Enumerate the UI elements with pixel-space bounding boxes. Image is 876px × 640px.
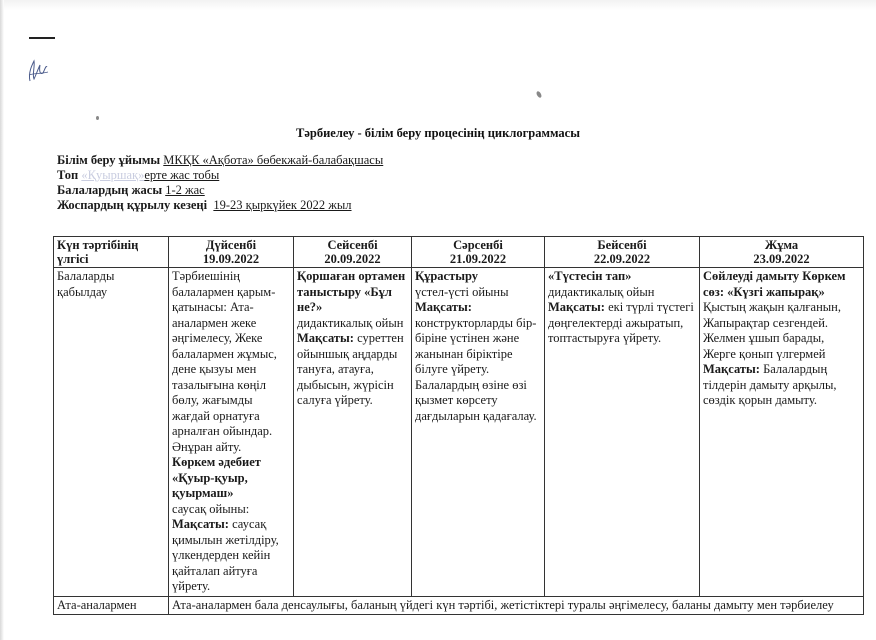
header-thursday: Бейсенбі 22.09.2022 — [545, 237, 700, 268]
cell-tuesday: Қоршаған ортамен таныстыру «Бұл не?» дид… — [294, 268, 412, 597]
meta-label: Білім беру ұйымы — [57, 153, 160, 167]
meta-period: Жоспардың құрылу кезеңі 19-23 қыркүйек 2… — [57, 198, 383, 213]
row-label-parents: Ата-аналармен — [54, 596, 169, 615]
scan-speck — [96, 116, 99, 120]
header-wednesday: Сәрсенбі 21.09.2022 — [412, 237, 545, 268]
scan-speck — [536, 90, 543, 98]
document-title: Тәрбиелеу - білім беру процесінің циклог… — [0, 126, 876, 141]
cell-wednesday: Құрастыру үстел-үсті ойыны Мақсаты: конс… — [412, 268, 545, 597]
header-schedule: Күн тәртібінің үлгісі — [54, 237, 169, 268]
scan-edge-left — [0, 0, 4, 640]
table-row: Балаларды қабылдау Тәрбиешінің балаларме… — [54, 268, 864, 597]
meta-value: 1-2 жас — [165, 183, 205, 197]
row-label-reception: Балаларды қабылдау — [54, 268, 169, 597]
scan-edge-top — [0, 0, 876, 10]
header-monday: Дүйсенбі 19.09.2022 — [169, 237, 294, 268]
meta-label: Топ — [57, 168, 78, 182]
cell-monday: Тәрбиешінің балалармен қарым-қатынасы: А… — [169, 268, 294, 597]
meta-value: ерте жас тобы — [144, 168, 219, 182]
meta-group: Топ «Қуыршақ»ерте жас тобы — [57, 168, 383, 183]
meta-organization: Білім беру ұйымы МКҚК «Ақбота» бөбекжай-… — [57, 153, 383, 168]
meta-age: Балалардың жасы 1-2 жас — [57, 183, 383, 198]
table-row: Ата-аналармен Ата-аналармен бала денсаул… — [54, 596, 864, 615]
cell-thursday: «Түстесін тап» дидактикалық ойын Мақсаты… — [545, 268, 700, 597]
header-tuesday: Сейсенбі 20.09.2022 — [294, 237, 412, 268]
meta-group-name: «Қуыршақ» — [81, 168, 144, 182]
document-meta: Білім беру ұйымы МКҚК «Ақбота» бөбекжай-… — [57, 153, 383, 213]
signature-icon — [26, 55, 50, 85]
header-friday: Жұма 23.09.2022 — [700, 237, 864, 268]
meta-label: Балалардың жасы — [57, 183, 162, 197]
table-header-row: Күн тәртібінің үлгісі Дүйсенбі 19.09.202… — [54, 237, 864, 268]
meta-value: МКҚК «Ақбота» бөбекжай-балабақшасы — [163, 153, 383, 167]
meta-label: Жоспардың құрылу кезеңі — [57, 198, 207, 212]
cell-friday: Сөйлеуді дамыту Көркем сөз: «Күзгі жапыр… — [700, 268, 864, 597]
cyclogram-table: Күн тәртібінің үлгісі Дүйсенбі 19.09.202… — [53, 236, 864, 615]
meta-value: 19-23 қыркүйек 2022 жыл — [213, 198, 351, 212]
cell-parents-text: Ата-аналармен бала денсаулығы, баланың ү… — [169, 596, 864, 615]
pen-dash-mark — [29, 37, 55, 39]
